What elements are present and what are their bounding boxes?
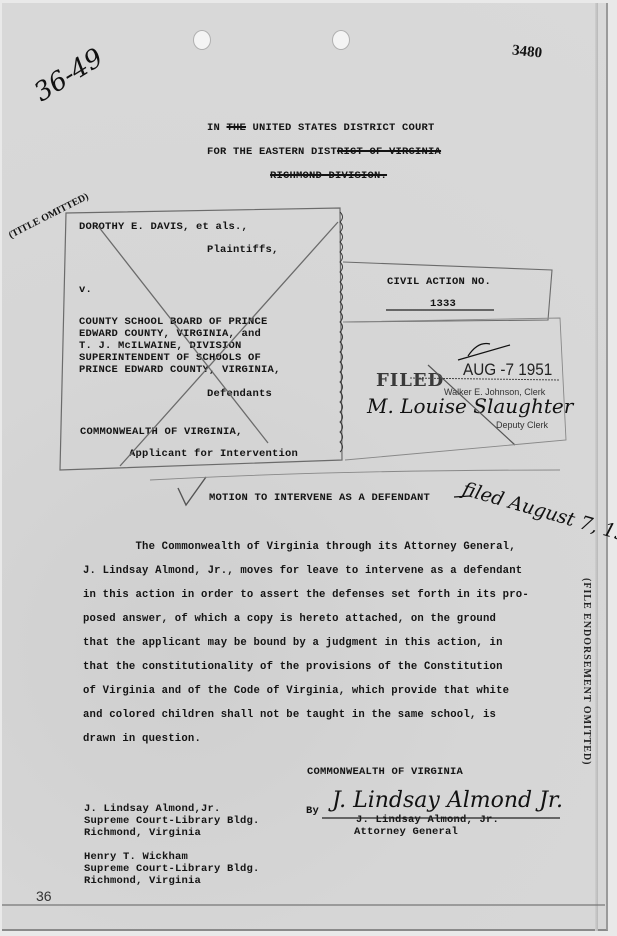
cross-out-line [98,226,268,443]
stamp-rule [410,378,560,380]
pencil-line [150,470,560,480]
pencil-marks [0,0,617,936]
initials-mark [458,344,510,361]
dash-mark [454,496,470,497]
cross-out-line [120,222,338,466]
civil-action-box [343,262,552,322]
caption-box-outline [60,208,342,470]
check-mark-icon [178,477,206,505]
cross-out-line [428,365,515,445]
